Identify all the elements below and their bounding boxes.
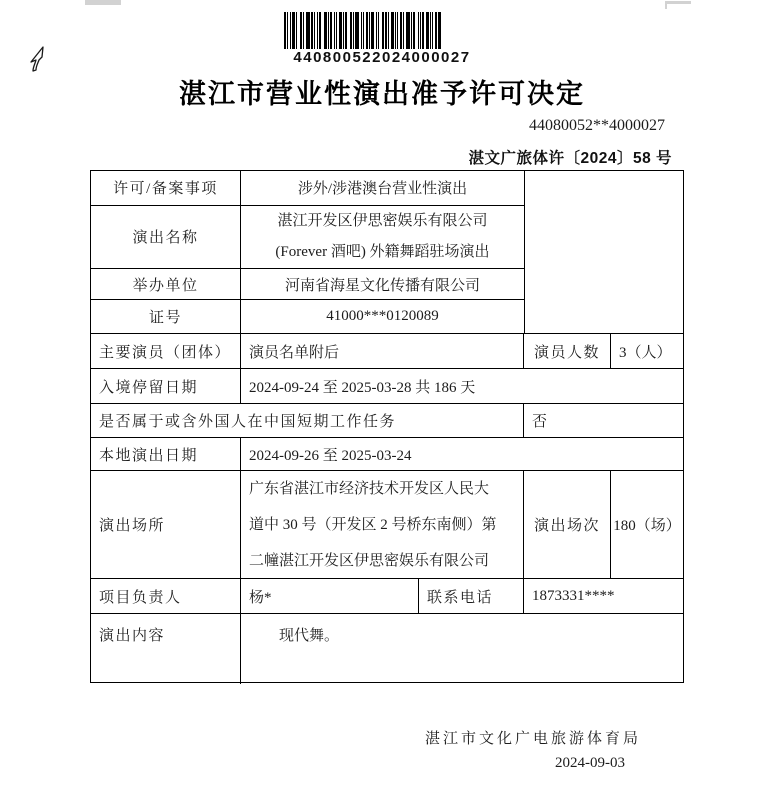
reference-number: 湛文广旅体许〔2024〕58 号 (468, 146, 672, 168)
permit-table: 许可/备案事项 涉外/涉港澳台营业性演出 演出名称 湛江开发区伊思密娱乐有限公司… (90, 170, 684, 683)
barcode-number: 440800522024000027 (0, 49, 764, 66)
project-manager-value: 杨* (241, 579, 419, 614)
table-row-main-performers: 主要演员（团体） 演员名单附后 演员人数 3（人） (91, 334, 683, 369)
main-performers-label: 主要演员（团体） (91, 334, 241, 369)
cursor-arrow-icon (27, 45, 49, 73)
permit-item-value: 涉外/涉港澳台营业性演出 (241, 171, 524, 206)
phone-label: 联系电话 (419, 579, 524, 614)
table-row-venue: 演出场所 广东省湛江市经济技术开发区人民大 道中 30 号（开发区 2 号桥东南… (91, 471, 683, 579)
table-top-block: 许可/备案事项 涉外/涉港澳台营业性演出 演出名称 湛江开发区伊思密娱乐有限公司… (91, 171, 683, 334)
table-row-entry-stay: 入境停留日期 2024-09-24 至 2025-03-28 共 186 天 (91, 369, 683, 404)
venue-value: 广东省湛江市经济技术开发区人民大 道中 30 号（开发区 2 号桥东南侧）第 二… (241, 471, 524, 579)
performer-count-label: 演员人数 (524, 334, 611, 369)
short-term-work-label: 是否属于或含外国人在中国短期工作任务 (91, 404, 524, 438)
issue-date: 2024-09-03 (555, 755, 625, 772)
short-term-work-value: 否 (524, 404, 683, 438)
barcode: 440800522024000027 (0, 12, 764, 66)
table-row-performance-name: 演出名称 湛江开发区伊思密娱乐有限公司 (Forever 酒吧) 外籍舞蹈驻场演… (91, 206, 524, 269)
top-right-edge-tick (665, 1, 667, 9)
performance-name-label: 演出名称 (91, 206, 241, 269)
venue-label: 演出场所 (91, 471, 241, 579)
performance-name-value: 湛江开发区伊思密娱乐有限公司 (Forever 酒吧) 外籍舞蹈驻场演出 (241, 206, 524, 269)
sessions-value: 180（场） (611, 471, 683, 579)
top-right-edge-artifact (665, 1, 691, 4)
project-manager-label: 项目负责人 (91, 579, 241, 614)
local-dates-value: 2024-09-26 至 2025-03-24 (241, 438, 683, 471)
table-row-short-term-work: 是否属于或含外国人在中国短期工作任务 否 (91, 404, 683, 438)
permit-item-label: 许可/备案事项 (91, 171, 241, 206)
top-left-edge-artifact (85, 0, 121, 5)
phone-value: 1873331**** (524, 579, 683, 614)
content-value: 现代舞。 (241, 614, 683, 684)
cert-no-label: 证号 (91, 300, 241, 333)
document-number: 44080052**4000027 (529, 117, 665, 135)
main-performers-value: 演员名单附后 (241, 334, 524, 369)
table-row-content: 演出内容 现代舞。 (91, 614, 683, 684)
sessions-label: 演出场次 (524, 471, 611, 579)
organizer-label: 举办单位 (91, 269, 241, 301)
document-title: 湛江市营业性演出准予许可决定 (0, 72, 764, 111)
organizer-value: 河南省海星文化传播有限公司 (241, 269, 524, 301)
barcode-bars (284, 12, 480, 49)
issuing-authority: 湛江市文化广电旅游体育局 (425, 727, 641, 748)
entry-stay-value: 2024-09-24 至 2025-03-28 共 186 天 (241, 369, 683, 404)
photo-area-empty-cell (524, 171, 683, 333)
table-row-permit-item: 许可/备案事项 涉外/涉港澳台营业性演出 (91, 171, 524, 206)
performer-count-value: 3（人） (611, 334, 683, 369)
table-row-cert-no: 证号 41000***0120089 (91, 300, 524, 333)
table-row-project-manager: 项目负责人 杨* 联系电话 1873331**** (91, 579, 683, 614)
entry-stay-label: 入境停留日期 (91, 369, 241, 404)
cert-no-value: 41000***0120089 (241, 300, 524, 333)
local-dates-label: 本地演出日期 (91, 438, 241, 471)
table-row-organizer: 举办单位 河南省海星文化传播有限公司 (91, 269, 524, 301)
document-page: 440800522024000027 湛江市营业性演出准予许可决定 440800… (0, 0, 764, 790)
table-row-local-dates: 本地演出日期 2024-09-26 至 2025-03-24 (91, 438, 683, 471)
content-label: 演出内容 (91, 614, 241, 684)
